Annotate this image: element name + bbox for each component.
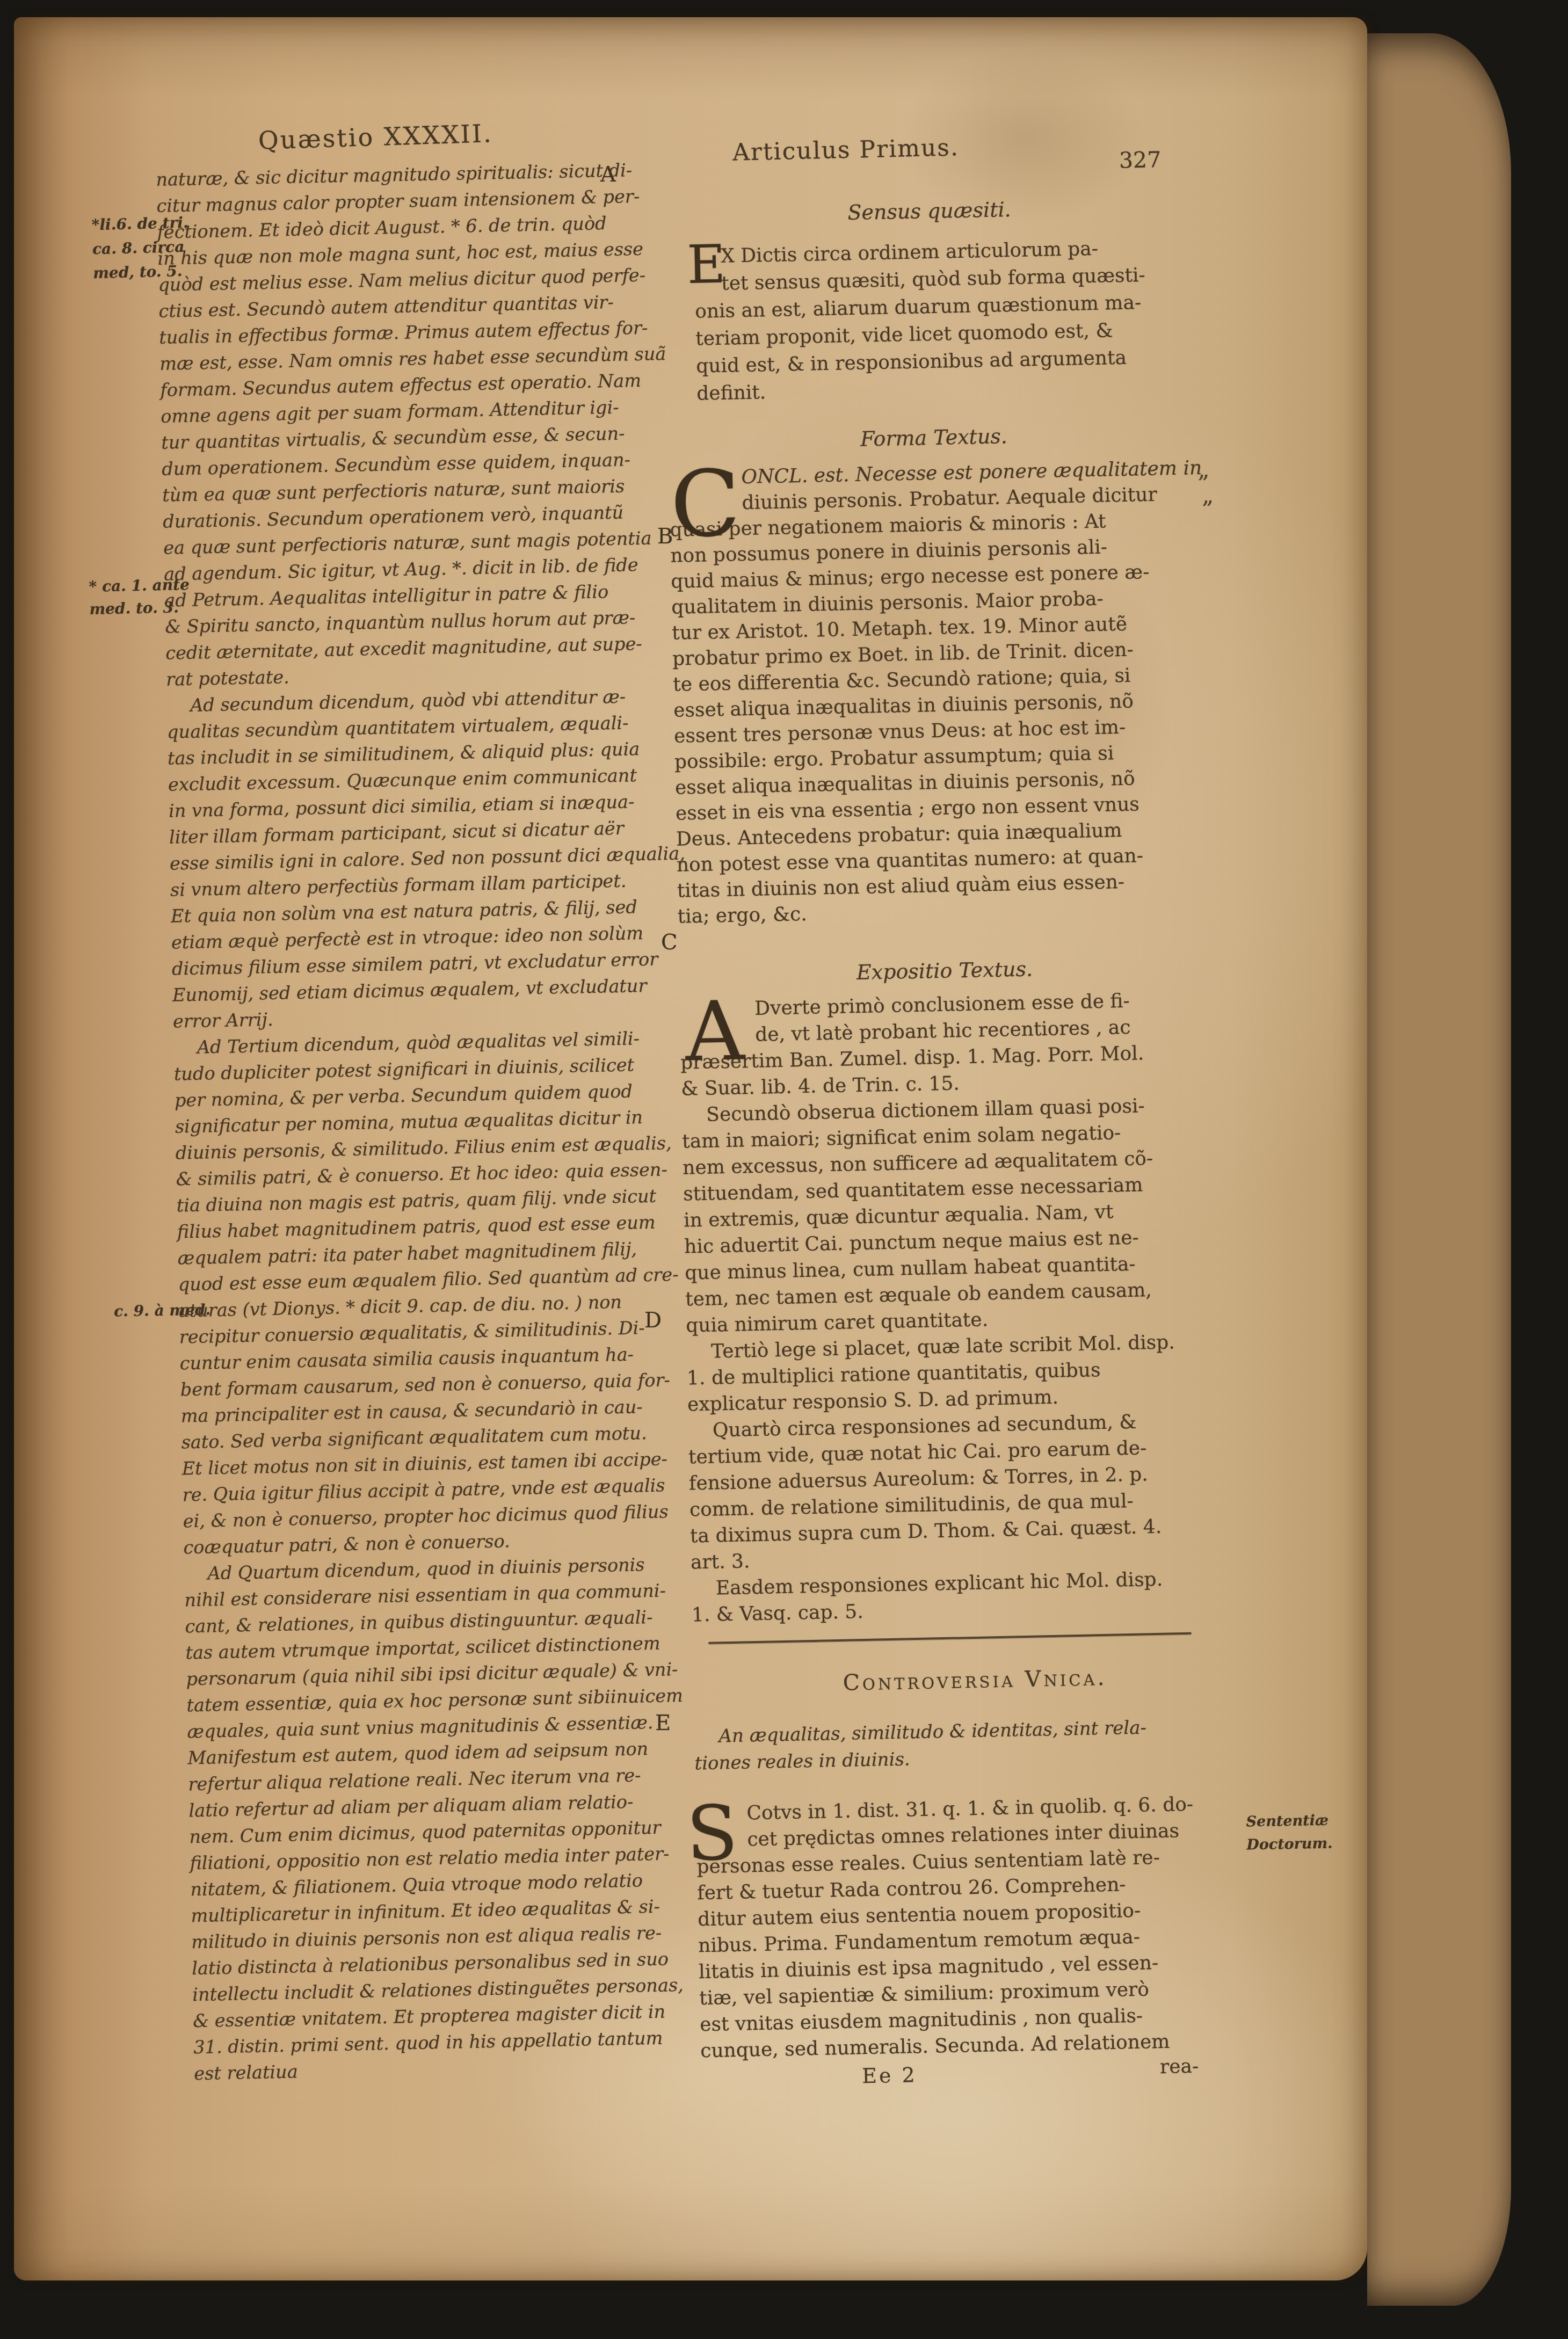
right-text-column: Sensus quæsiti. E X Dictis circa ordinem… (663, 186, 1276, 2096)
page-number: 327 (1119, 147, 1162, 173)
quotation-mark: „ (1202, 482, 1214, 509)
section-forma-textus: C „ „ ONCL. est. Necesse est ponere æqua… (669, 454, 1252, 929)
drop-cap-a: A (685, 990, 745, 1073)
drop-cap-e: E (687, 238, 726, 292)
gathering-signature: Ee 2 (862, 2063, 917, 2088)
book-page: Quæstio XXXXII. Articulus Primus. 327 *l… (14, 17, 1367, 2280)
running-title-quaestio: Quæstio XXXXII. (258, 119, 493, 155)
section-heading-expositio-textus: Expositio Textus. (692, 953, 1197, 988)
section-divider-rule (708, 1632, 1192, 1644)
left-text-column: naturæ, & sic dicitur magnitudo spiritua… (156, 156, 737, 2087)
section-expositio-textus: A Dverte primò conclusionem esse de fi-d… (679, 985, 1266, 1628)
section-heading-forma-textus: Forma Textus. (681, 420, 1187, 455)
section-heading-sensus-quaesiti: Sensus quæsiti. (677, 194, 1182, 229)
drop-cap-c: C (670, 458, 741, 551)
running-title-articulus: Articulus Primus. (732, 134, 959, 166)
quotation-mark: „ (1197, 456, 1210, 483)
controversia-question: An æqualitas, similitudo & identitas, si… (694, 1712, 1269, 1777)
catchword: rea- (1160, 2055, 1199, 2078)
section-sensus-quaesiti: E X Dictis circa ordinem articulorum pa-… (664, 233, 1242, 408)
section-heading-controversia-vnica: Controversia Vnica. (706, 1662, 1244, 1698)
scanned-book-photo: Quæstio XXXXII. Articulus Primus. 327 *l… (0, 0, 1568, 2339)
book-fore-edge-pages (1367, 33, 1511, 2306)
section-scotus-paragraph: S Cotvs in 1. dist. 31. q. 1. & in quoli… (695, 1790, 1275, 2064)
drop-cap-s: S (686, 1796, 739, 1872)
